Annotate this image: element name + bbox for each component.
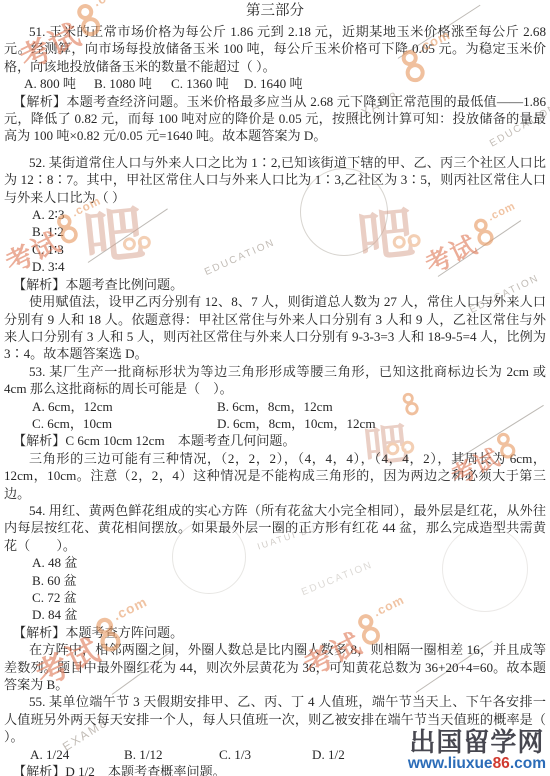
option-b: B. 1/12 (124, 746, 219, 763)
analysis-paragraph: 【解析】本题考查经济问题。玉米价格最多应当从 2.68 元下降到正常范围的最低值… (4, 93, 546, 145)
options-grid: A. 6cm，12cm B. 6cm，8cm，12cm C. 6cm，10cm … (32, 398, 546, 433)
analysis-paragraph: 使用赋值法，设甲乙丙分别有 12、8、7 人，则街道总人数为 27 人，常住人口… (4, 293, 546, 363)
option-c: C. 6cm，10cm (32, 415, 217, 432)
option-a: A. 6cm，12cm (32, 398, 217, 415)
url-suffix: .com (510, 755, 546, 772)
analysis-paragraph: 三角形的三边可能有三种情况，（2，2，2），（4，4，4），（4，4，2），其周… (4, 450, 546, 502)
option-c: C. 1360 吨 (171, 75, 244, 92)
question-52: 52. 某街道常住人口与外来人口之比为 1∶2,已知该街道下辖的甲、乙、丙三个社… (4, 154, 546, 363)
option-a: A. 2∶3 (32, 206, 546, 223)
analysis-heading: 【解析】本题考查比例问题。 (4, 276, 546, 293)
option-b: B. 1080 吨 (94, 75, 171, 92)
option-a: A. 1/24 (30, 746, 124, 763)
option-c: C. 1∶3 (32, 241, 546, 258)
option-b: B. 1∶2 (32, 223, 546, 240)
site-logo-url: www.liuxue86.com (408, 756, 546, 772)
analysis-heading: 【解析】本题考查方阵问题。 (4, 624, 546, 641)
option-d: D. 84 盆 (32, 606, 546, 623)
option-d: D. 3∶4 (32, 258, 546, 275)
option-b: B. 60 盆 (32, 572, 546, 589)
url-prefix: www.liuxue (408, 755, 493, 772)
option-a: A. 800 吨 (24, 75, 94, 92)
option-b: B. 6cm，8cm，12cm (217, 398, 546, 415)
options-list: A. 48 盆 B. 60 盆 C. 72 盆 D. 84 盆 (4, 554, 546, 624)
site-logo: 出国留学网 www.liuxue86.com (408, 729, 546, 772)
analysis-heading: 【解析】C 6cm 10cm 12cm 本题考查几何问题。 (4, 432, 546, 449)
scanned-exam-page: EXAM8 EDUCATION EDUCATION EDUCATION IUAT… (0, 0, 550, 776)
question-53: 53. 某厂生产一批商标形状为等边三角形形成等腰三角形，已知这批商标边长为 2c… (4, 363, 546, 502)
question-stem: 53. 某厂生产一批商标形状为等边三角形形成等腰三角形，已知这批商标边长为 2c… (4, 363, 546, 398)
url-number: 86 (493, 755, 510, 772)
page-title: 第三部分 (4, 3, 546, 20)
document-body: 第三部分 51. 玉米的正常市场价格为每公斤 1.86 元到 2.18 元，近期… (4, 3, 546, 776)
options-list: A. 2∶3 B. 1∶2 C. 1∶3 D. 3∶4 (4, 206, 546, 276)
option-d: D. 1/2 (312, 746, 345, 763)
question-54: 54. 用红、黄两色鲜花组成的实心方阵（所有花盆大小完全相同），最外层是红花，从… (4, 502, 546, 693)
question-51: 51. 玉米的正常市场价格为每公斤 1.86 元到 2.18 元，近期某地玉米价… (4, 23, 546, 145)
option-d: D. 1640 吨 (244, 75, 303, 92)
option-d: D. 6cm，8cm，10cm，12cm (217, 415, 546, 432)
options-row: A. 800 吨 B. 1080 吨 C. 1360 吨 D. 1640 吨 (24, 75, 546, 92)
option-c: C. 72 盆 (32, 589, 546, 606)
question-stem: 51. 玉米的正常市场价格为每公斤 1.86 元到 2.18 元，近期某地玉米价… (4, 23, 546, 75)
site-logo-name: 出国留学网 (408, 729, 546, 755)
option-c: C. 1/3 (219, 746, 312, 763)
question-stem: 52. 某街道常住人口与外来人口之比为 1∶2,已知该街道下辖的甲、乙、丙三个社… (4, 154, 546, 206)
question-stem: 54. 用红、黄两色鲜花组成的实心方阵（所有花盆大小完全相同），最外层是红花，从… (4, 502, 546, 554)
option-a: A. 48 盆 (32, 554, 546, 571)
analysis-paragraph: 在方阵中，相邻两圈之间，外圈人数总是比内圈人数多 8，则相隔一圈相差 16，并且… (4, 641, 546, 693)
